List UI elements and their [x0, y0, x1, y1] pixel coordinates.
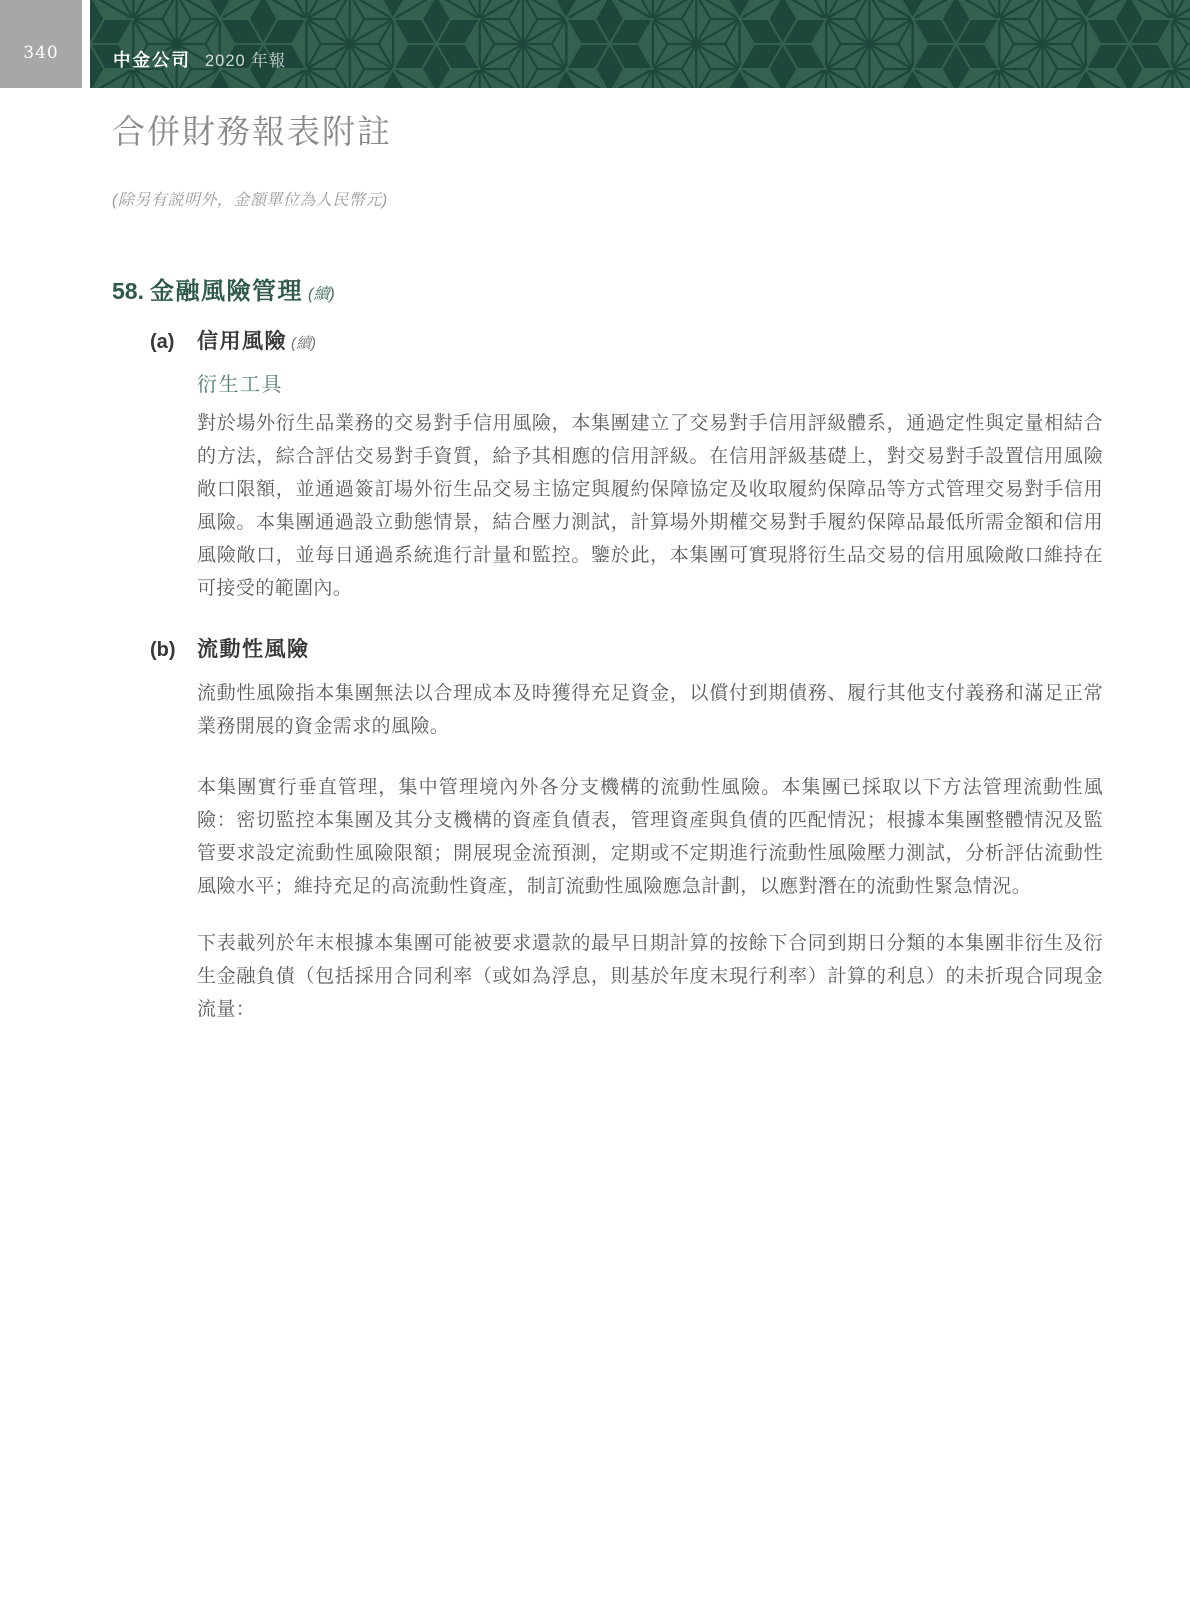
- subsection-a-title: 信用風險: [197, 330, 287, 353]
- section-title: 金融風險管理: [150, 278, 303, 305]
- document-subtitle: (除另有説明外，金額單位為人民幣元): [112, 190, 1103, 212]
- page-header: 340 中金公司2020 年報: [0, 0, 1190, 88]
- section-continued-label: (續): [308, 286, 335, 303]
- section-58-heading: 58.金融風險管理(續): [112, 274, 1103, 312]
- subsection-a-label: (a): [150, 327, 174, 357]
- header-gap: [82, 0, 90, 88]
- company-name: 中金公司: [113, 50, 191, 70]
- page-number-box: 340: [0, 0, 82, 88]
- asanoha-pattern-icon: [90, 0, 1190, 88]
- subsection-a-body: 衍生工具 對於場外衍生品業務的交易對手信用風險，本集團建立了交易對手信用評級體系…: [112, 371, 1103, 605]
- subsection-b-title: 流動性風險: [197, 638, 310, 661]
- subsection-a: (a)信用風險(續) 衍生工具 對於場外衍生品業務的交易對手信用風險，本集團建立…: [112, 327, 1103, 605]
- subsection-b-body: 流動性風險指本集團無法以合理成本及時獲得充足資金，以償付到期債務、履行其他支付義…: [112, 677, 1103, 1026]
- subsection-b: (b)流動性風險 流動性風險指本集團無法以合理成本及時獲得充足資金，以償付到期債…: [112, 635, 1103, 1026]
- paragraph: 對於場外衍生品業務的交易對手信用風險，本集團建立了交易對手信用評級體系，通過定性…: [197, 407, 1103, 605]
- subsection-a-heading: (a)信用風險(續): [112, 327, 1103, 359]
- derivatives-subheading: 衍生工具: [197, 371, 1103, 399]
- paragraph: 流動性風險指本集團無法以合理成本及時獲得充足資金，以償付到期債務、履行其他支付義…: [197, 677, 1103, 743]
- section-number: 58.: [112, 274, 150, 308]
- paragraph: 下表載列於年末根據本集團可能被要求還款的最早日期計算的按餘下合同到期日分類的本集…: [197, 927, 1103, 1026]
- band-text: 中金公司2020 年報: [113, 47, 286, 72]
- report-page: 340 中金公司2020 年報 合併財務報表附註 (除另有説明外，金額單位為人民…: [0, 0, 1190, 1615]
- paragraph: 本集團實行垂直管理，集中管理境內外各分支機構的流動性風險。本集團已採取以下方法管…: [197, 771, 1103, 903]
- subsection-b-label: (b): [150, 635, 176, 665]
- page-number: 340: [23, 43, 58, 63]
- subsection-b-heading: (b)流動性風險: [112, 635, 1103, 667]
- content-column: 合併財務報表附註 (除另有説明外，金額單位為人民幣元) 58.金融風險管理(續)…: [0, 110, 1190, 1026]
- report-year: 2020 年報: [205, 52, 286, 70]
- document-title: 合併財務報表附註: [112, 110, 1103, 153]
- subsection-a-continued-label: (續): [291, 335, 316, 352]
- header-band: 中金公司2020 年報: [90, 0, 1190, 88]
